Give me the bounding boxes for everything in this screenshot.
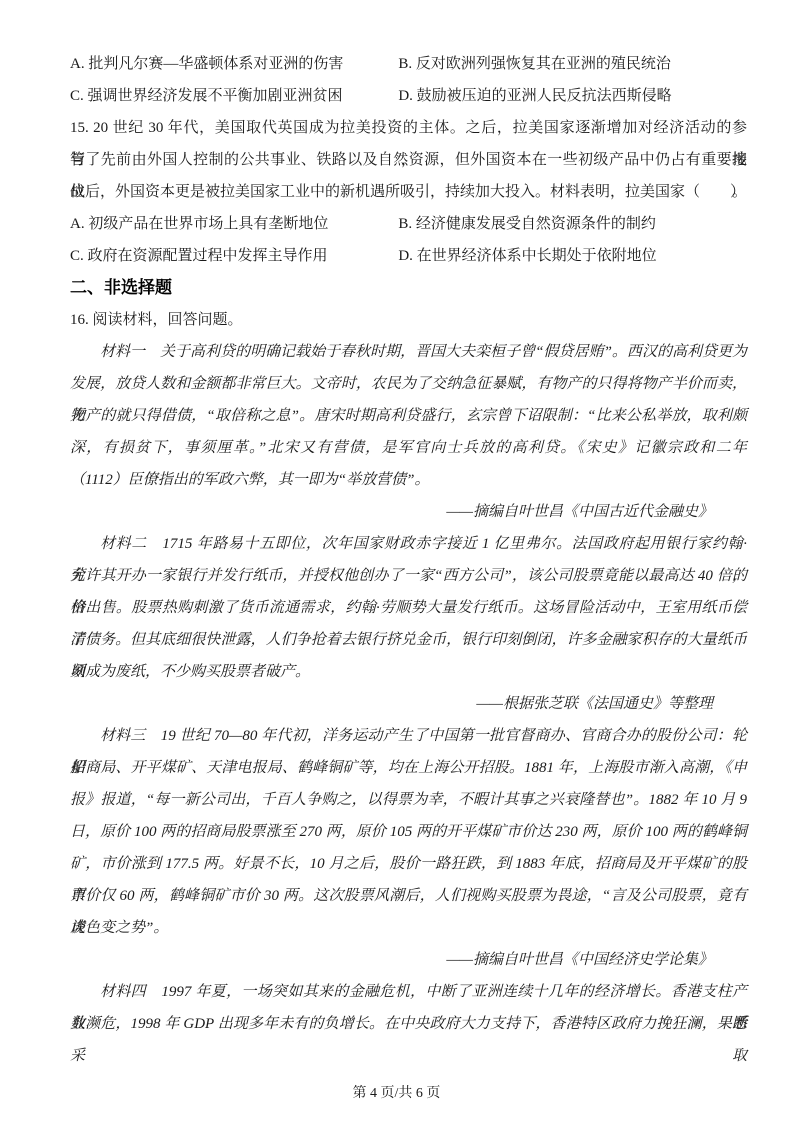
material-3-source: ——摘编自叶世昌《中国经济史学论集》 [70, 944, 747, 976]
material-1-line: 材料一 关于高利贷的明确记载始于春秋时期，晋国大夫栾桓子曾“假贷居贿”。西汉的高… [70, 336, 747, 368]
material-1-line: 发展，放贷人数和金额都非常巨大。文帝时，农民为了交纳急征暴赋，有物产的只得将物产… [70, 368, 747, 400]
exam-page: A. 批判凡尔赛—华盛顿体系对亚洲的伤害 B. 反对欧洲列强恢复其在亚洲的殖民统… [0, 0, 793, 1122]
question-14-option-b: B. 反对欧洲列强恢复其在亚洲的殖民统治 [398, 48, 747, 80]
question-15-options-row-2: C. 政府在资源配置过程中发挥主导作用 D. 在世界经济体系中长期处于依附地位 [70, 240, 747, 272]
material-3-line: 报》报道，“每一新公司出，千百人争购之，以得票为幸，不暇计其事之兴衰隆替也”。1… [70, 784, 747, 816]
question-15-option-a: A. 初级产品在世界市场上具有垄断地位 [70, 208, 398, 240]
material-2-line: 了债务。但其底细很快泄露，人们争抢着去银行挤兑金币，银行印刻倒闭，许多金融家积存… [70, 624, 747, 656]
question-15-stem-line: 15. 20 世纪 30 年代，美国取代英国成为拉美投资的主体。之后，拉美国家逐… [70, 112, 747, 144]
question-14-option-a: A. 批判凡尔赛—华盛顿体系对亚洲的伤害 [70, 48, 398, 80]
material-2-source: ——根据张芝联《法国通史》等整理 [70, 688, 747, 720]
material-2-line: 格出售。股票热购刺激了货币流通需求，约翰·劳顺势大量发行纸币。这场冒险活动中，王… [70, 592, 747, 624]
material-1-line: 深，有损贫下，事须厘革。”北宋又有营债，是军官向士兵放的高利贷。《宋史》记徽宗政… [70, 432, 747, 464]
question-14-option-c: C. 强调世界经济发展不平衡加剧亚洲贫困 [70, 80, 398, 112]
question-15-option-d: D. 在世界经济体系中长期处于依附地位 [398, 240, 747, 272]
material-3-line: 虎色变之势”。 [70, 912, 747, 944]
question-15-stem-line: 管了先前由外国人控制的公共事业、铁路以及自然资源，但外国资本在一些初级产品中仍占… [70, 144, 747, 176]
material-3-line: 招商局、开平煤矿、天津电报局、鹤峰铜矿等，均在上海公开招股。1881 年，上海股… [70, 752, 747, 784]
question-15: 15. 20 世纪 30 年代，美国取代英国成为拉美投资的主体。之后，拉美国家逐… [70, 112, 747, 272]
material-2-line: 允许其开办一家银行并发行纸币，并授权他创办了一家“西方公司”，该公司股票竟能以最… [70, 560, 747, 592]
material-2-line: 材料二 1715 年路易十五即位，次年国家财政赤字接近 1 亿里弗尔。法国政府起… [70, 528, 747, 560]
material-1: 材料一 关于高利贷的明确记载始于春秋时期，晋国大夫栾桓子曾“假贷居贿”。西汉的高… [70, 336, 747, 528]
material-1-source: ——摘编自叶世昌《中国古近代金融史》 [70, 496, 747, 528]
material-3-line: 市价仅 60 两，鹤峰铜矿市价 30 两。这次股票风潮后，人们视购买股票为畏途，… [70, 880, 747, 912]
question-15-option-b: B. 经济健康发展受自然资源条件的制约 [398, 208, 747, 240]
question-14-options-row-2: C. 强调世界经济发展不平衡加剧亚洲贫困 D. 鼓励被压迫的亚洲人民反抗法西斯侵… [70, 80, 747, 112]
material-2: 材料二 1715 年路易十五即位，次年国家财政赤字接近 1 亿里弗尔。法国政府起… [70, 528, 747, 720]
material-4: 材料四 1997 年夏，一场突如其来的金融危机，中断了亚洲连续十几年的经济增长。… [70, 976, 747, 1040]
material-2-line: 刻成为废纸，不少购买股票者破产。 [70, 656, 747, 688]
material-1-line: （1112）臣僚指出的军政六弊，其一即为“举放营债”。 [70, 464, 747, 496]
question-14-options-row-1: A. 批判凡尔赛—华盛顿体系对亚洲的伤害 B. 反对欧洲列强恢复其在亚洲的殖民统… [70, 48, 747, 80]
material-3-line: 材料三 19 世纪 70—80 年代初，洋务运动产生了中国第一批官督商办、官商合… [70, 720, 747, 752]
material-3-line: 矿，市价涨到 177.5 两。好景不长，10 月之后，股价一路狂跌，到 1883… [70, 848, 747, 880]
page-number-footer: 第 4 页/共 6 页 [0, 1082, 793, 1102]
section-2-title: 二、非选择题 [70, 272, 747, 304]
material-4-line: 数濒危，1998 年 GDP 出现多年未有的负增长。在中央政府大力支持下，香港特… [70, 1008, 747, 1040]
question-16-intro: 16. 阅读材料，回答问题。 [70, 304, 747, 336]
question-15-stem-line: 战后，外国资本更是被拉美国家工业中的新机遇所吸引，持续加大投入。材料表明，拉美国… [70, 176, 747, 208]
material-1-line: 物产的就只得借债，“取倍称之息”。唐宋时期高利贷盛行，玄宗曾下诏限制：“比来公私… [70, 400, 747, 432]
question-14-option-d: D. 鼓励被压迫的亚洲人民反抗法西斯侵略 [398, 80, 747, 112]
material-3-line: 日，原价 100 两的招商局股票涨至 270 两，原价 105 两的开平煤矿市价… [70, 816, 747, 848]
material-4-line: 材料四 1997 年夏，一场突如其来的金融危机，中断了亚洲连续十几年的经济增长。… [70, 976, 747, 1008]
question-15-option-c: C. 政府在资源配置过程中发挥主导作用 [70, 240, 398, 272]
material-3: 材料三 19 世纪 70—80 年代初，洋务运动产生了中国第一批官督商办、官商合… [70, 720, 747, 976]
question-15-options-row-1: A. 初级产品在世界市场上具有垄断地位 B. 经济健康发展受自然资源条件的制约 [70, 208, 747, 240]
